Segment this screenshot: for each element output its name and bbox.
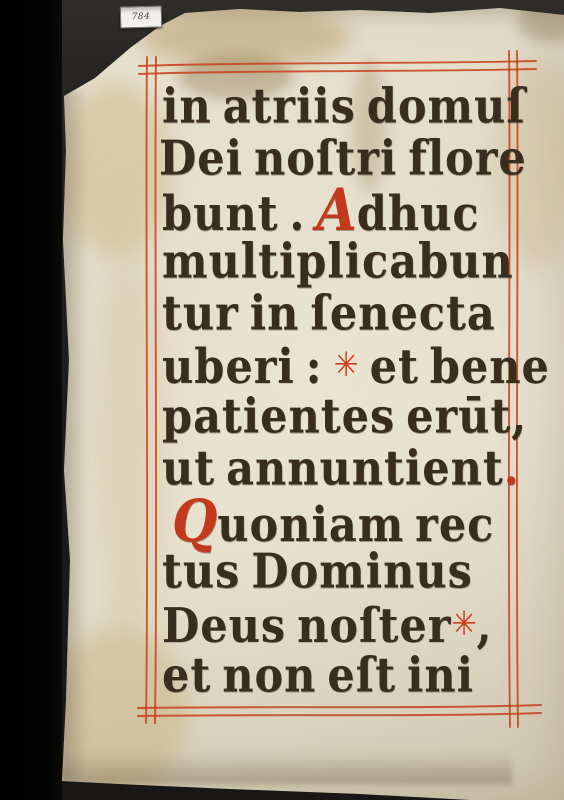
border-line-left-inner [155,57,156,723]
stain-top [140,6,350,68]
border-line-top-inner [139,69,536,74]
text-segment: et bene [359,340,550,396]
text-block: in atriis domuſDei noſtri florebunt . Ad… [162,82,512,702]
scan-edge-strip [0,0,62,800]
rubric-star: ✳ [334,346,359,385]
text-line-1: in atriis domuſ [162,79,512,137]
text-line-9: Quoniam rec [172,492,512,550]
text-line-5: tur in ſenecta [162,286,512,344]
text-line-11: Deus noſter✳, [162,596,512,654]
text-segment: multiplicabun [162,234,514,290]
stain-left-column [92,248,164,638]
stain-top-right [518,0,564,42]
page-edge-shadow-bottom [62,752,512,784]
border-line-top-outer [139,61,536,66]
text-segment: uberi : [162,340,334,396]
text-segment: tur in ſenecta [162,286,496,342]
shelf-number: 784 [132,12,151,22]
shelf-number-tag: 784 [120,5,163,28]
text-segment: tus Dominus [162,544,473,600]
border-line-left-outer [146,57,147,723]
rubric-segment: . [504,441,520,497]
stain-left-upper [60,82,172,257]
border-line-bottom-inner [138,713,541,716]
text-segment: , [477,598,493,654]
page-edge-shadow-top [150,4,564,24]
manuscript-photo: in atriis domuſDei noſtri florebunt . Ad… [0,0,564,800]
text-line-7: patientes erūt, [162,389,512,447]
text-segment: Deus noſter [162,598,451,654]
text-segment: patientes erūt, [162,389,527,445]
text-line-10: tus Dominus [162,544,512,602]
text-line-4: multiplicabun [162,234,512,292]
text-line-3: bunt . Adhuc [162,182,512,240]
text-line-12: et non eſt ini [162,647,512,705]
text-line-6: uberi : ✳ et bene [162,337,512,395]
parchment-page: in atriis domuſDei noſtri florebunt . Ad… [0,0,564,800]
rubric-star: ✳ [451,605,476,644]
text-segment: in atriis domuſ [162,79,526,135]
text-segment: et non eſt ini [162,647,474,703]
page-edge-shadow-left [60,90,88,782]
